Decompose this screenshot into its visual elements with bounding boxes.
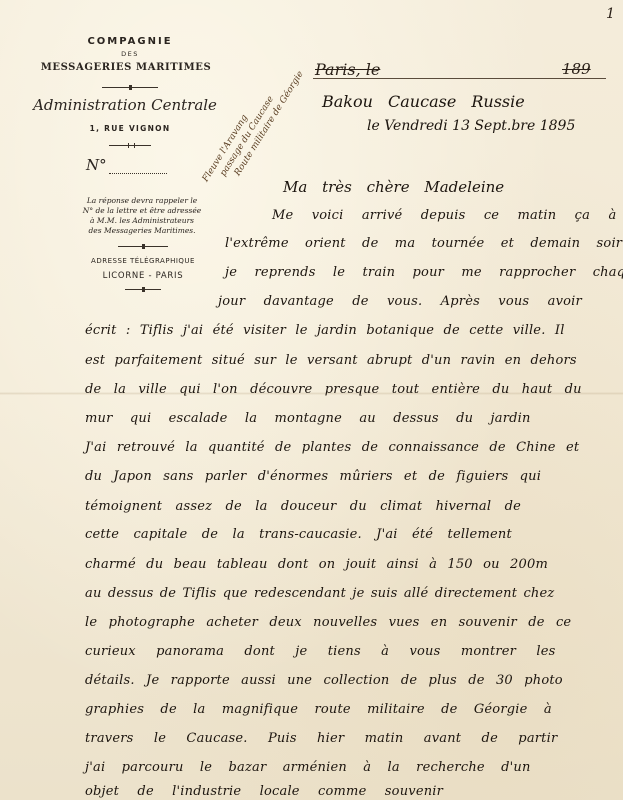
letter-line: cette capitale de la trans-caucasie. J'a…: [85, 527, 512, 542]
letter-line: objet de l'industrie locale comme souven…: [85, 784, 443, 799]
letter-line: jour davantage de vous. Après vous avoir: [218, 294, 582, 309]
letter-line: détails. Je rapporte aussi une collectio…: [85, 673, 563, 688]
notice-line: des Messageries Maritimes.: [54, 226, 230, 236]
notice-line: à M.M. les Administrateurs: [54, 216, 230, 226]
letter-line: témoignent assez de la douceur du climat…: [85, 499, 521, 514]
letter-page: 1 COMPAGNIE DES MESSAGERIES MARITIMES Ad…: [0, 0, 623, 800]
number-blank-line: [109, 173, 167, 174]
ornament-rule: [118, 246, 168, 247]
letter-line: graphies de la magnifique route militair…: [85, 702, 552, 717]
notice-line: N° de la lettre et être adressée: [54, 206, 230, 216]
ornament-rule: [109, 145, 151, 146]
salutation: Ma très chère Madeleine: [283, 178, 504, 196]
page-number: 1: [606, 6, 615, 22]
struck-place: Paris, le: [315, 60, 380, 79]
letter-line: est parfaitement situé sur le versant ab…: [85, 353, 577, 368]
telegraph-label: ADRESSE TÉLÉGRAPHIQUE: [30, 257, 230, 265]
place-line: Bakou Caucase Russie: [322, 92, 525, 111]
letter-line: curieux panorama dont je tiens à vous mo…: [85, 644, 556, 659]
struck-year: 189: [562, 60, 591, 78]
reference-number-field: N°: [30, 156, 230, 174]
letter-line: le photographe acheter deux nouvelles vu…: [85, 615, 571, 630]
letter-line: du Japon sans parler d'énormes mûriers e…: [85, 469, 541, 484]
letter-line: travers le Caucase. Puis hier matin avan…: [85, 731, 557, 746]
letter-line: de la ville qui l'on découvre presque to…: [85, 382, 582, 397]
telegraph-address: LICORNE - PARIS: [30, 271, 230, 281]
place-rule: [313, 78, 606, 79]
letterhead-company: COMPAGNIE: [30, 36, 230, 47]
letter-line: au dessus de Tiflis que redescendant je …: [85, 586, 554, 601]
reply-notice: La réponse devra rappeler le N° de la le…: [30, 196, 230, 236]
letter-line: j'ai parcouru le bazar arménien à la rec…: [85, 760, 531, 775]
letter-line: écrit : Tiflis j'ai été visiter le jardi…: [85, 323, 565, 338]
letter-line: mur qui escalade la montagne au dessus d…: [85, 411, 531, 426]
letter-line: je reprends le train pour me rapprocher …: [225, 265, 623, 280]
letter-line: charmé du beau tableau dont on jouit ain…: [85, 557, 548, 572]
letterhead-admin: Administration Centrale: [20, 96, 230, 114]
letter-line: Me voici arrivé depuis ce matin ça à: [272, 208, 616, 223]
letterhead-address: 1, RUE VIGNON: [30, 124, 230, 133]
letterhead-des: DES: [30, 50, 230, 58]
notice-line: La réponse devra rappeler le: [54, 196, 230, 206]
date-line: le Vendredi 13 Sept.bre 1895: [367, 118, 575, 134]
letterhead-name: MESSAGERIES MARITIMES: [22, 62, 230, 73]
letter-line: l'extrême orient de ma tournée et demain…: [225, 236, 622, 251]
number-label: N°: [86, 156, 107, 174]
ornament-rule: [102, 87, 158, 88]
letter-line: J'ai retrouvé la quantité de plantes de …: [85, 440, 579, 455]
letterhead: COMPAGNIE DES MESSAGERIES MARITIMES Admi…: [30, 36, 230, 290]
ornament-rule: [125, 289, 161, 290]
